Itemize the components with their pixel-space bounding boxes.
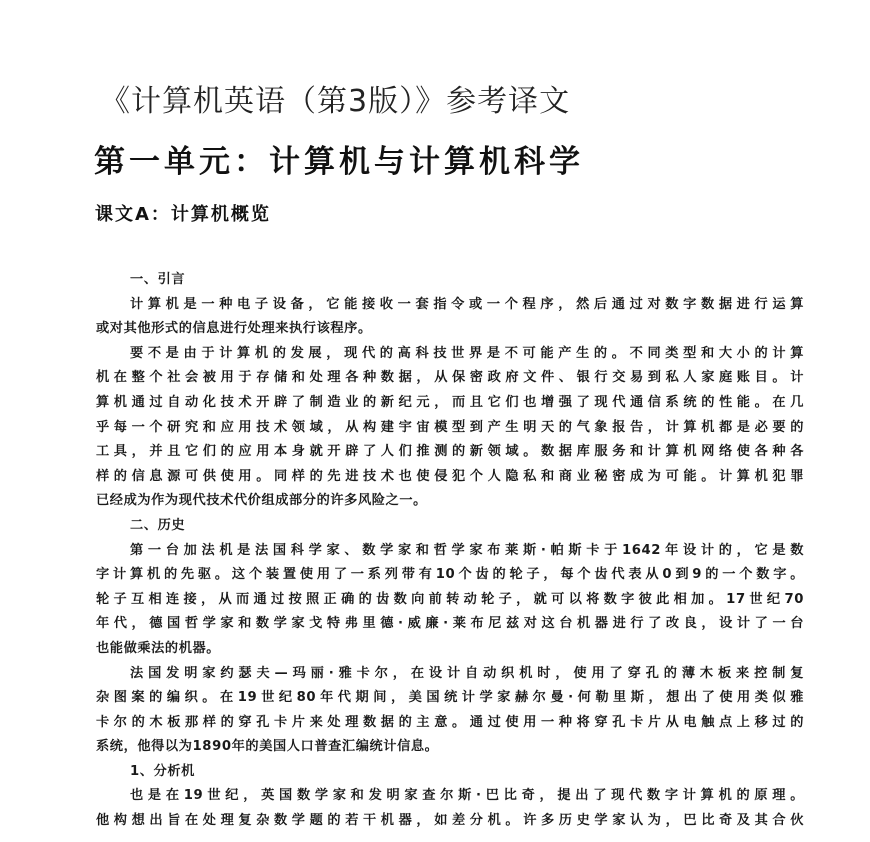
document-title: 《计算机英语（第3版）》参考译文	[100, 76, 740, 120]
section-heading-intro: 一、引言	[96, 268, 804, 293]
paragraph-line: 系统，他得以为1890年的美国人口普查汇编统计信息。	[96, 735, 804, 760]
paragraph-line: 年代，德国哲学家和数学家戈特弗里德·威廉·莱布尼兹对这台机器进行了改良，设计了一…	[96, 612, 804, 637]
paragraph-line: 算机通过自动化技术开辟了制造业的新纪元，而且它们也增强了现代通信系统的性能。在几	[96, 391, 804, 416]
paragraph-line: 乎每一个研究和应用技术领域，从构建宇宙模型到产生明天的气象报告，计算机都是必要的	[96, 416, 804, 441]
paragraph-line: 也是在19世纪，英国数学家和发明家查尔斯·巴比奇，提出了现代数字计算机的原理。	[96, 784, 804, 809]
unit-title: 第一单元：计算机与计算机科学	[94, 136, 794, 181]
paragraph-line: 第一台加法机是法国科学家、数学家和哲学家布莱斯·帕斯卡于1642年设计的，它是数	[96, 539, 804, 564]
paragraph-line: 或对其他形式的信息进行处理来执行该程序。	[96, 317, 804, 342]
paragraph-line: 他构想出旨在处理复杂数学题的若干机器，如差分机。许多历史学家认为，巴比奇及其合伙	[96, 809, 804, 834]
paragraph-line: 也能做乘法的机器。	[96, 637, 804, 662]
paragraph-line: 样的信息源可供使用。同样的先进技术也使侵犯个人隐私和商业秘密成为可能。计算机犯罪	[96, 465, 804, 490]
paragraph-line: 已经成为作为现代技术代价组成部分的许多风险之一。	[96, 489, 804, 514]
section-heading-history: 二、历史	[96, 514, 804, 539]
paragraph-line: 工具，并且它们的应用本身就开辟了人们推测的新领域。数据库服务和计算机网络使各种各	[96, 440, 804, 465]
paragraph-line: 杂图案的编织。在19世纪80年代期间，美国统计学家赫尔曼·何勒里斯，想出了使用类…	[96, 686, 804, 711]
paragraph-line: 字计算机的先驱。这个装置使用了一系列带有10个齿的轮子，每个齿代表从0到9的一个…	[96, 563, 804, 588]
document-body: 一、引言 计算机是一种电子设备，它能接收一套指令或一个程序，然后通过对数字数据进…	[96, 268, 804, 834]
paragraph-line: 计算机是一种电子设备，它能接收一套指令或一个程序，然后通过对数字数据进行运算	[96, 293, 804, 318]
paragraph-line: 机在整个社会被用于存储和处理各种数据，从保密政府文件、银行交易到私人家庭账目。计	[96, 366, 804, 391]
paragraph-line: 卡尔的木板那样的穿孔卡片来处理数据的主意。通过使用一种将穿孔卡片从电触点上移过的	[96, 711, 804, 736]
section-heading-analytical-engine: 1、分析机	[96, 760, 804, 785]
paragraph-line: 法国发明家约瑟夫—玛丽·雅卡尔，在设计自动织机时，使用了穿孔的薄木板来控制复	[96, 662, 804, 687]
lesson-title: 课文A：计算机概览	[95, 200, 271, 226]
paragraph-line: 轮子互相连接，从而通过按照正确的齿数向前转动轮子，就可以将数字彼此相加。17世纪…	[96, 588, 804, 613]
paragraph-line: 要不是由于计算机的发展，现代的高科技世界是不可能产生的。不同类型和大小的计算	[96, 342, 804, 367]
